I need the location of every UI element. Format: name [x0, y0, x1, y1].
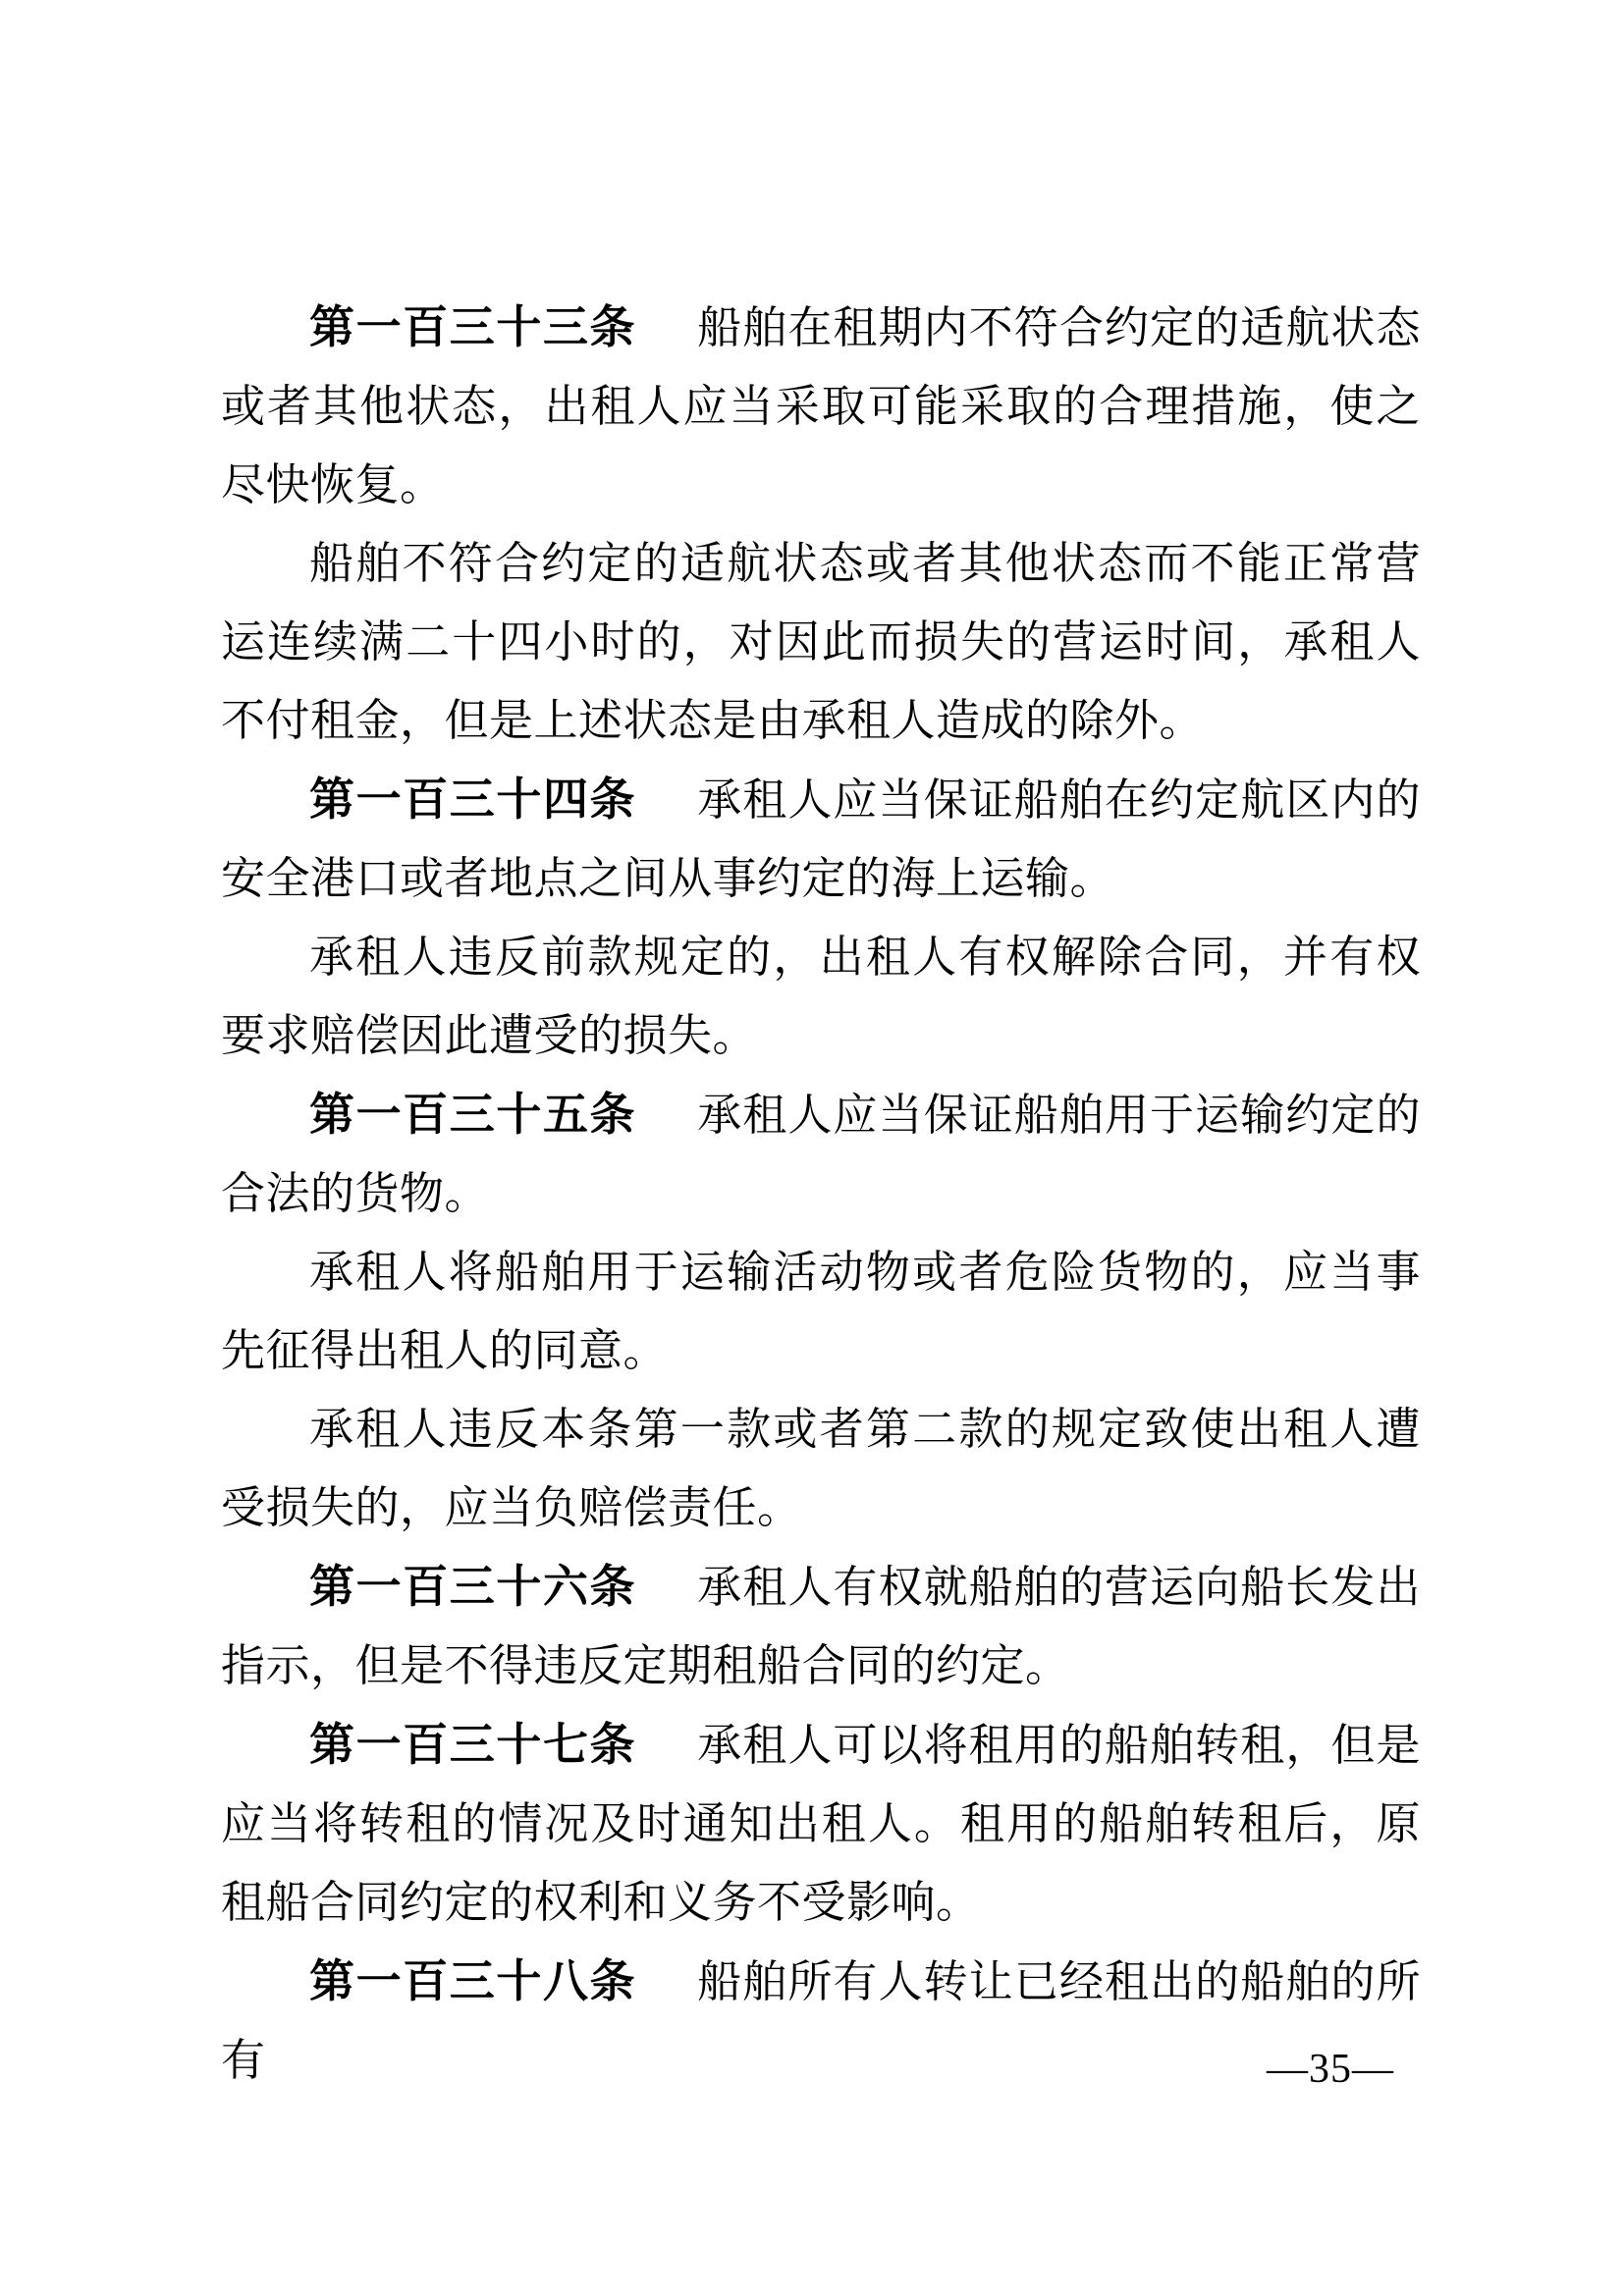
article-number: 第一百三十四条 [309, 774, 636, 825]
page-number: —35— [1267, 2048, 1394, 2091]
paragraph: 第一百三十八条船舶所有人转让已经租出的船舶的所有 [221, 1942, 1421, 2100]
paragraph-text: 承租人违反本条第一款或者第二款的规定致使出租人遭受损失的，应当负赔偿责任。 [221, 1405, 1421, 1532]
paragraph: 承租人违反前款规定的，出租人有权解除合同，并有权要求赔偿因此遭受的损失。 [221, 918, 1421, 1075]
article-number: 第一百三十五条 [309, 1089, 636, 1140]
paragraph: 第一百三十五条承租人应当保证船舶用于运输约定的合法的货物。 [221, 1075, 1421, 1233]
article-number: 第一百三十六条 [309, 1561, 636, 1612]
paragraph: 承租人违反本条第一款或者第二款的规定致使出租人遭受损失的，应当负赔偿责任。 [221, 1390, 1421, 1547]
article-number: 第一百三十八条 [309, 1955, 636, 2006]
paragraph: 第一百三十六条承租人有权就船舶的营运向船长发出指示，但是不得违反定期租船合同的约… [221, 1547, 1421, 1705]
paragraph-text: 船舶不符合约定的适航状态或者其他状态而不能正常营运连续满二十四小时的，对因此而损… [221, 539, 1421, 745]
paragraph: 第一百三十三条船舶在租期内不符合约定的适航状态或者其他状态，出租人应当采取可能采… [221, 288, 1421, 524]
article-number: 第一百三十三条 [309, 301, 636, 352]
paragraph: 第一百三十七条承租人可以将租用的船舶转租，但是应当将转租的情况及时通知出租人。租… [221, 1705, 1421, 1942]
paragraph-text: 承租人违反前款规定的，出租人有权解除合同，并有权要求赔偿因此遭受的损失。 [221, 933, 1421, 1060]
paragraph: 第一百三十四条承租人应当保证船舶在约定航区内的安全港口或者地点之间从事约定的海上… [221, 760, 1421, 918]
document-page: 第一百三十三条船舶在租期内不符合约定的适航状态或者其他状态，出租人应当采取可能采… [0, 0, 1624, 2296]
document-body: 第一百三十三条船舶在租期内不符合约定的适航状态或者其他状态，出租人应当采取可能采… [221, 288, 1421, 2100]
paragraph: 承租人将船舶用于运输活动物或者危险货物的，应当事先征得出租人的同意。 [221, 1233, 1421, 1390]
article-number: 第一百三十七条 [309, 1719, 636, 1770]
paragraph-text: 承租人将船舶用于运输活动物或者危险货物的，应当事先征得出租人的同意。 [221, 1248, 1421, 1375]
paragraph: 船舶不符合约定的适航状态或者其他状态而不能正常营运连续满二十四小时的，对因此而损… [221, 524, 1421, 760]
